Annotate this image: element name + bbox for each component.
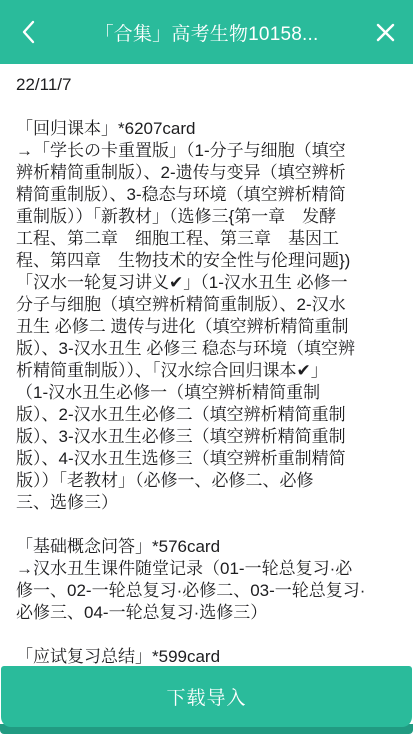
text-line: →「学长の卡重置版」（1-分子与细胞（填空 [16, 140, 397, 162]
chevron-left-icon [21, 20, 36, 44]
text-line: 版）、4-汉水丑生选修三（填空辨析重制精简 [16, 448, 397, 470]
close-icon [376, 23, 395, 42]
text-line: 精简重制版）、3-稳态与环境（填空辨析精简 [16, 184, 397, 206]
text-line: 修一、02-一轮总复习·必修二、03-一轮总复习· [16, 580, 397, 602]
text-line: 必修三、04-一轮总复习·选修三） [16, 602, 397, 624]
text-line: 「回归课本」*6207card [16, 118, 397, 140]
text-line: 析精简重制版））、「汉水综合回归课本✔」 [16, 360, 397, 382]
header-bar: 「合集」高考生物10158... [0, 0, 413, 64]
download-import-button[interactable]: 下载导入 [1, 666, 412, 727]
text-line: →汉水丑生课件随堂记录（01-一轮总复习·必 [16, 558, 397, 580]
text-line: （1-汉水丑生必修一（填空辨析精简重制 [16, 382, 397, 404]
text-line: 三、选修三） [16, 492, 397, 514]
close-button[interactable] [357, 0, 413, 64]
text-line: 「基础概念问答」*576card [16, 536, 397, 558]
text-line: 工程、第二章 细胞工程、第三章 基因工 [16, 228, 397, 250]
text-line: 丑生 必修二 遗传与进化（填空辨析精简重制 [16, 316, 397, 338]
text-line [16, 96, 397, 118]
text-line: 程、第四章 生物技术的安全性与伦理问题}) [16, 250, 397, 272]
text-line: 版））「老教材」（必修一、必修二、必修 [16, 470, 397, 492]
text-line: 重制版））「新教材」（选修三{第一章 发酵 [16, 206, 397, 228]
footer-bar: 下载导入 [0, 666, 413, 734]
body-text: 22/11/7「回归课本」*6207card→「学长の卡重置版」（1-分子与细胞… [0, 64, 413, 666]
text-line: 辨析精简重制版）、2-遗传与变异（填空辨析 [16, 162, 397, 184]
text-line: 「应试复习总结」*599card [16, 646, 397, 666]
text-line: 22/11/7 [16, 74, 397, 96]
text-line: 版）、3-汉水丑生 必修三 稳态与环境（填空辨 [16, 338, 397, 360]
text-line [16, 514, 397, 536]
text-line: 版）、3-汉水丑生必修三（填空辨析精简重制 [16, 426, 397, 448]
text-line: 分子与细胞（填空辨析精简重制版）、2-汉水 [16, 294, 397, 316]
text-line: 版）、2-汉水丑生必修二（填空辨析精简重制 [16, 404, 397, 426]
page-title: 「合集」高考生物10158... [95, 19, 319, 46]
text-line: 「汉水一轮复习讲义✔」（1-汉水丑生 必修一 [16, 272, 397, 294]
app-window: 「合集」高考生物10158... 22/11/7「回归课本」*6207card→… [0, 0, 413, 734]
text-line [16, 624, 397, 646]
back-button[interactable] [0, 0, 56, 64]
